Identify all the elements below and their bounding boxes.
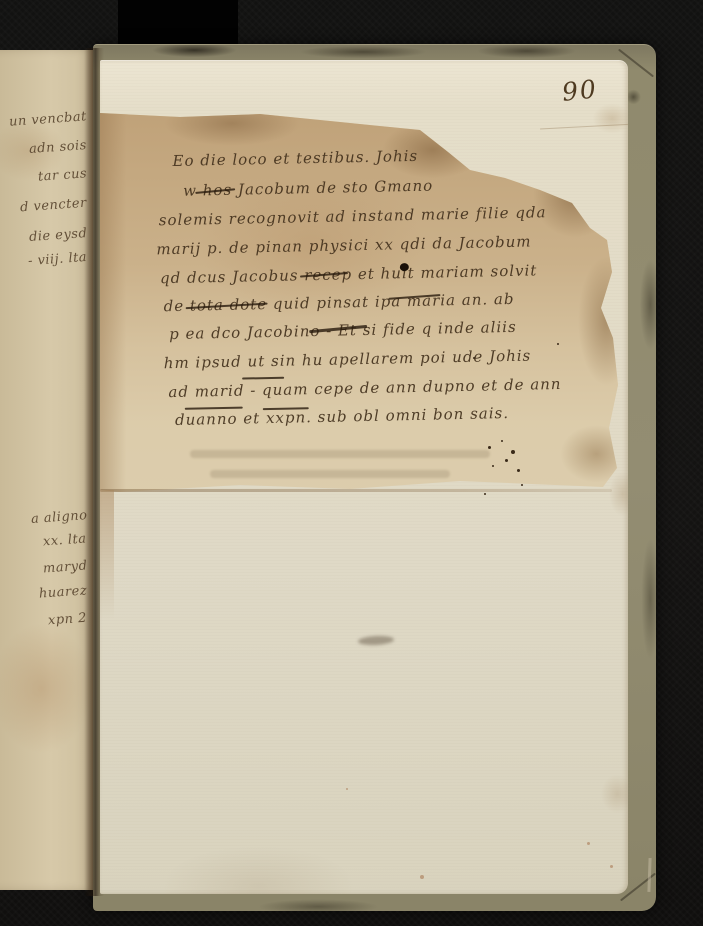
marginal-text-fragment: die eysd — [28, 226, 87, 245]
ink-dot — [557, 343, 559, 345]
manuscript-line: marij p. de pinan physici xx qdi da Jaco… — [156, 232, 532, 258]
ink-dot — [521, 484, 523, 486]
ink-dot — [484, 493, 486, 495]
fox-spot — [420, 875, 424, 879]
marginal-text-fragment: un vencbat — [9, 109, 88, 129]
manuscript-photo: un vencbat adn sois tar cus d vencter di… — [0, 0, 703, 926]
ink-dot — [501, 440, 503, 442]
marginal-text-fragment: xx. lta — [43, 531, 88, 549]
ink-dot — [488, 446, 491, 449]
ink-overline — [242, 377, 284, 380]
ink-dot — [511, 450, 515, 454]
manuscript-line: p ea dco Jacobino - Et si fide q inde al… — [169, 318, 517, 343]
marginal-text-fragment: maryd — [42, 558, 87, 576]
ink-dot — [492, 465, 494, 467]
ink-dot — [473, 357, 475, 359]
marginal-text-fragment: xpn 2 — [48, 611, 88, 629]
marginal-text-fragment: - viij. lta — [27, 250, 87, 269]
manuscript-page: 90 Eo die loco et testibus. Johis w hos … — [100, 60, 628, 894]
fox-spot — [610, 865, 613, 868]
marginal-text-fragment: a aligno — [30, 508, 87, 527]
manuscript-line: Eo die loco et testibus. Johis — [172, 147, 418, 170]
manuscript-line: w hos Jacobum de sto Gmano — [183, 177, 433, 200]
ink-dot — [505, 459, 508, 462]
marginal-text-fragment: adn sois — [29, 138, 88, 157]
previous-page-edge: un vencbat adn sois tar cus d vencter di… — [0, 50, 93, 890]
marginal-text-fragment: d vencter — [20, 196, 88, 216]
background-black-patch — [118, 0, 238, 46]
gutter-stain — [100, 490, 114, 620]
manuscript-line: de tota dote quid pinsat ipa maria an. a… — [163, 290, 514, 315]
manuscript-line: hm ipsud ut sin hu apellarem poi ude Joh… — [164, 347, 532, 373]
marginal-text-fragment: tar cus — [37, 166, 87, 184]
manuscript-line: ad marid - quam cepe de ann dupno et de … — [168, 375, 561, 401]
marginal-text-fragment: huarez — [38, 583, 87, 601]
fox-spot — [346, 788, 348, 790]
ink-dot — [517, 469, 520, 472]
manuscript-line: solemis recognovit ad instand marie fili… — [159, 203, 547, 229]
manuscript-line: qd dcus Jacobus recep et huit mariam sol… — [160, 261, 538, 287]
ink-smudge — [358, 635, 394, 646]
handwritten-text-block: Eo die loco et testibus. Johis w hos Jac… — [100, 60, 628, 495]
fox-spot — [587, 842, 590, 845]
